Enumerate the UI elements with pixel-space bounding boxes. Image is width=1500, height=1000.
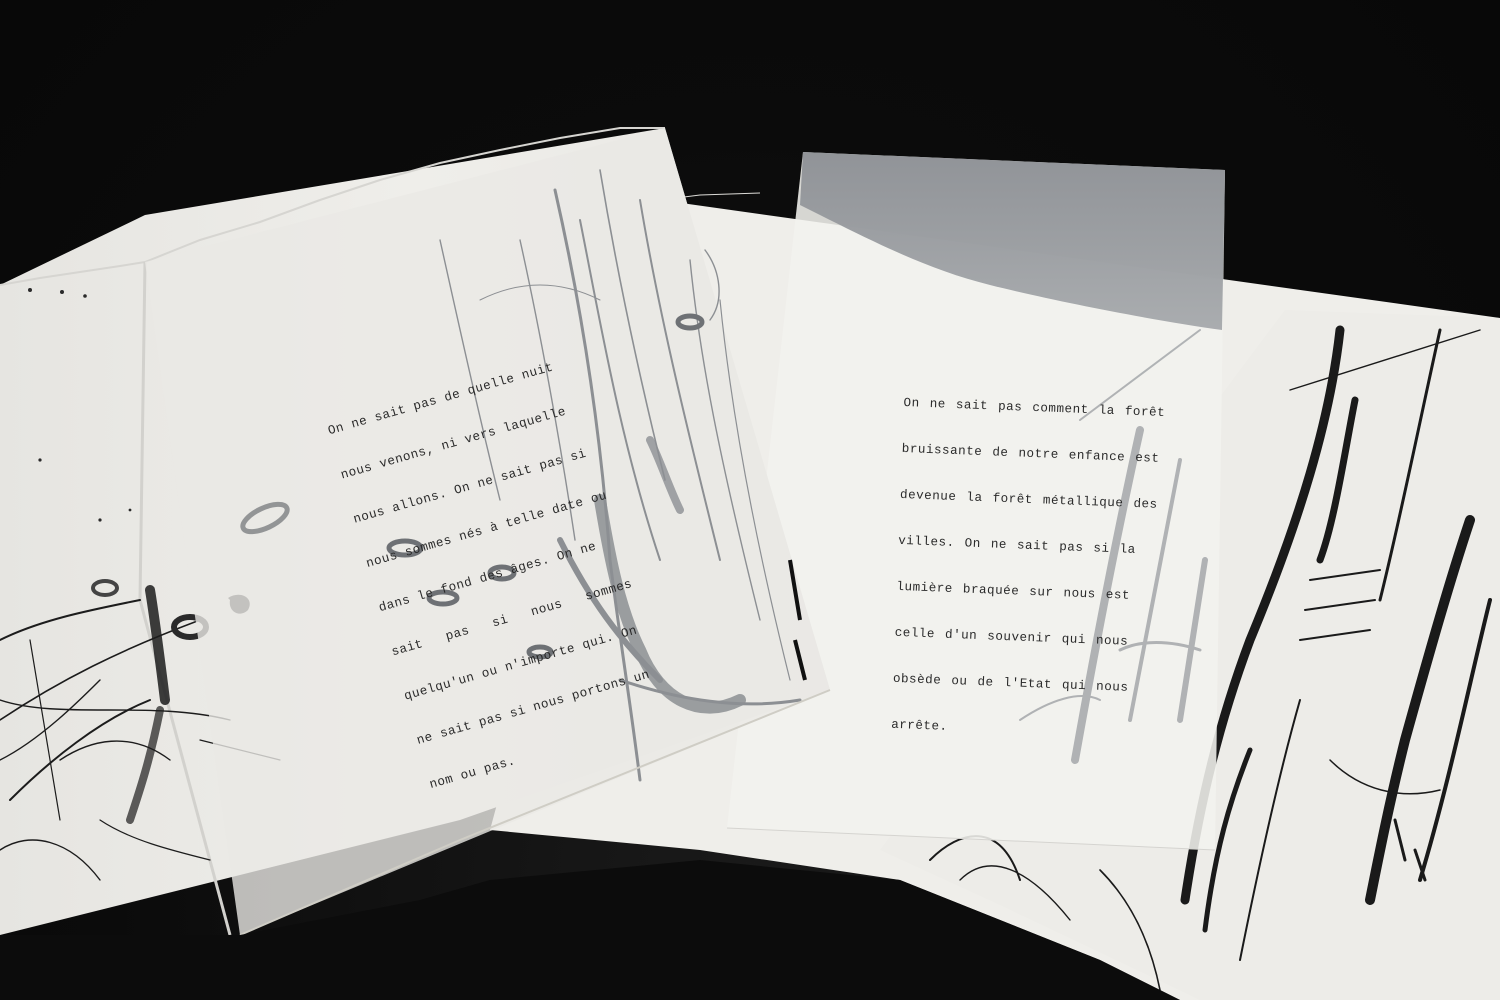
poem-line: villes. On ne sait pas si la	[898, 534, 1160, 559]
poem-line: arrête.	[891, 718, 1153, 743]
poem-line: lumière braquée sur nous est	[896, 580, 1158, 605]
poem-line: bruissante de notre enfance est	[901, 442, 1163, 467]
poem-line: obsède ou de l'Etat qui nous	[893, 672, 1155, 697]
right-poem-text: On ne sait pas comment la forêt bruissan…	[890, 365, 1167, 774]
artist-book-illustration	[0, 0, 1500, 1000]
poem-line: On ne sait pas comment la forêt	[903, 396, 1165, 421]
photograph-scene: On ne sait pas de quelle nuit nous venon…	[0, 0, 1500, 1000]
poem-line: celle d'un souvenir qui nous	[894, 626, 1156, 651]
poem-line: devenue la forêt métallique des	[900, 488, 1162, 513]
